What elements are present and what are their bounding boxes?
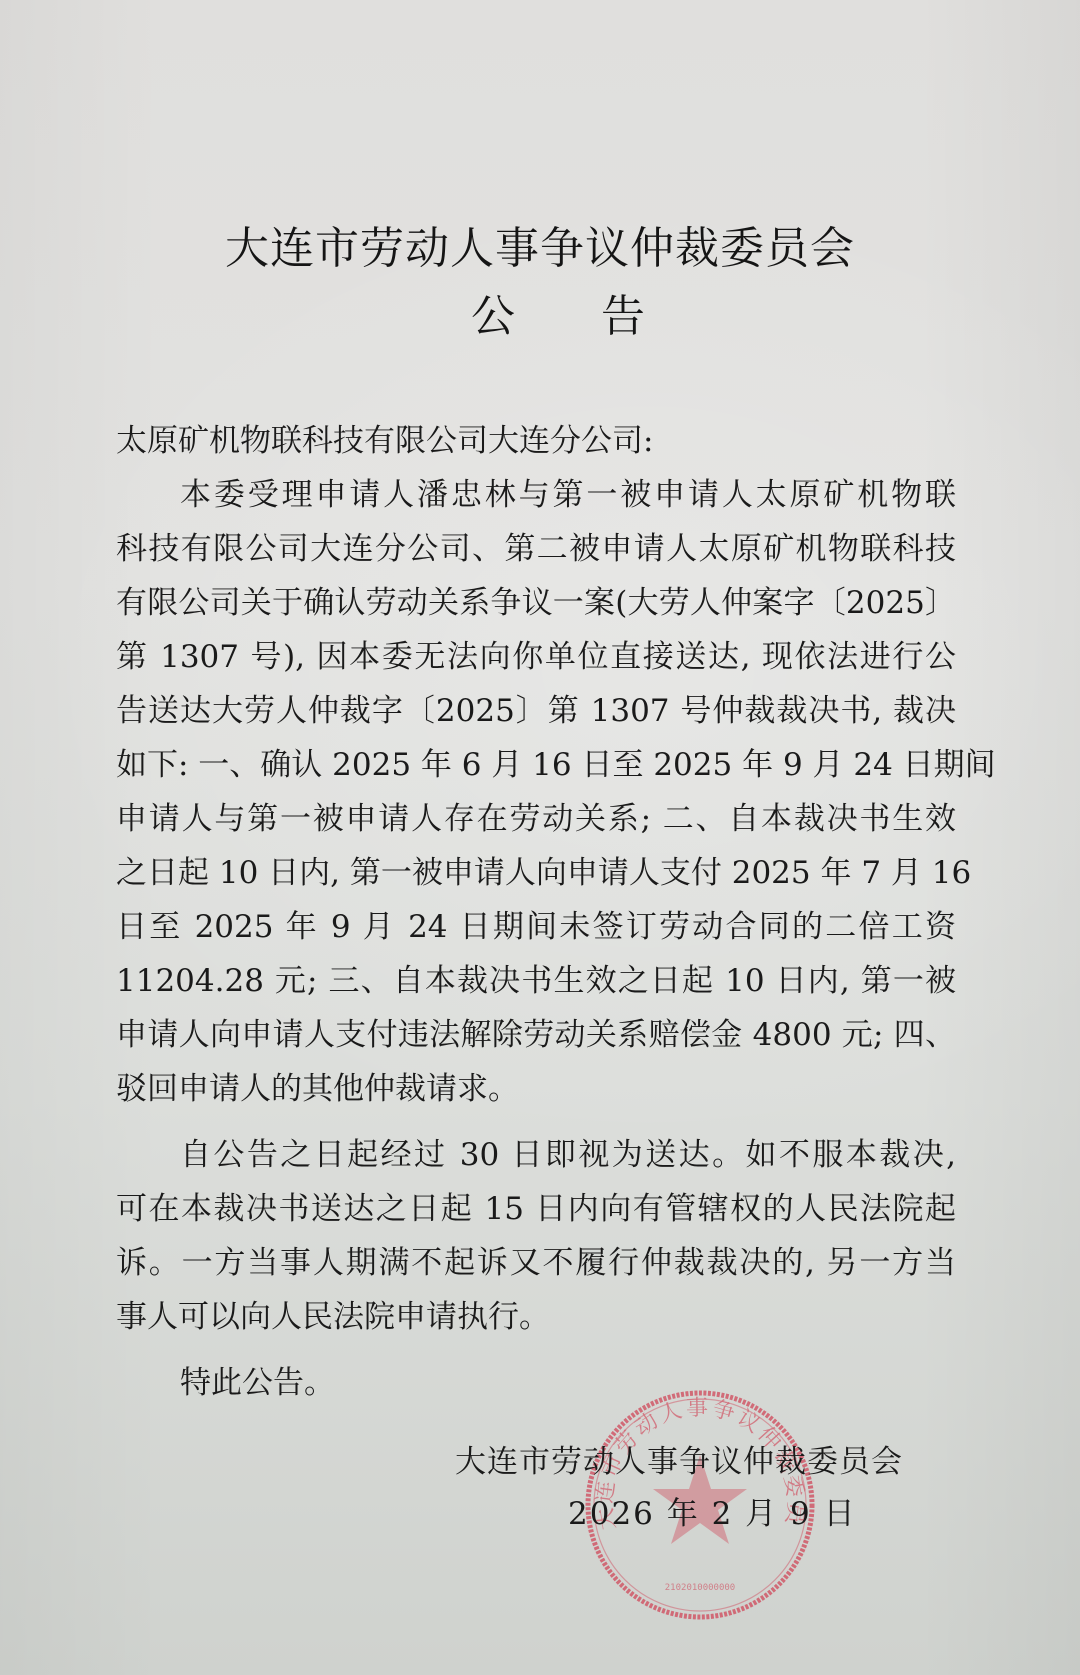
body-line: 自公告之日起经过 30 日即视为送达。如不服本裁决, [180, 1135, 956, 1175]
body-line: 如下: 一、确认 2025 年 6 月 16 日至 2025 年 9 月 24 … [116, 745, 956, 785]
closing-line: 特此公告。 [180, 1363, 956, 1403]
body-line: 申请人与第一被申请人存在劳动关系; 二、自本裁决书生效 [116, 799, 956, 839]
body-line: 驳回申请人的其他仲裁请求。 [116, 1069, 956, 1109]
signature-date: 2026 年 2 月 9 日 [568, 1494, 857, 1534]
document-type-title: 公 告 [0, 280, 1080, 344]
body-line: 日至 2025 年 9 月 24 日期间未签订劳动合同的二倍工资 [116, 907, 956, 947]
body-line: 第 1307 号), 因本委无法向你单位直接送达, 现依法进行公 [116, 637, 956, 677]
signature-organization: 大连市劳动人事争议仲裁委员会 [455, 1442, 903, 1482]
svg-text:2102010000000: 2102010000000 [665, 1583, 735, 1593]
body-line: 本委受理申请人潘忠林与第一被申请人太原矿机物联 [180, 475, 956, 515]
body-line: 11204.28 元; 三、自本裁决书生效之日起 10 日内, 第一被 [116, 961, 956, 1001]
body-line: 事人可以向人民法院申请执行。 [116, 1297, 956, 1337]
body-line: 之日起 10 日内, 第一被申请人向申请人支付 2025 年 7 月 16 [116, 853, 956, 893]
body-line: 告送达大劳人仲裁字〔2025〕第 1307 号仲裁裁决书, 裁决 [116, 691, 956, 731]
body-line: 有限公司关于确认劳动关系争议一案(大劳人仲案字〔2025〕 [116, 583, 956, 623]
notice-document: 大连市劳动人事争议仲裁委员会 公 告 太原矿机物联科技有限公司大连分公司: 本委… [0, 0, 1080, 1675]
addressee: 太原矿机物联科技有限公司大连分公司: [116, 421, 956, 461]
issuer-title: 大连市劳动人事争议仲裁委员会 [0, 212, 1080, 276]
body-line: 科技有限公司大连分公司、第二被申请人太原矿机物联科技 [116, 529, 956, 569]
body-line: 诉。一方当事人期满不起诉又不履行仲裁裁决的, 另一方当 [116, 1243, 956, 1283]
body-line: 可在本裁决书送达之日起 15 日内向有管辖权的人民法院起 [116, 1189, 956, 1229]
body-line: 申请人向申请人支付违法解除劳动关系赔偿金 4800 元; 四、 [116, 1015, 956, 1055]
